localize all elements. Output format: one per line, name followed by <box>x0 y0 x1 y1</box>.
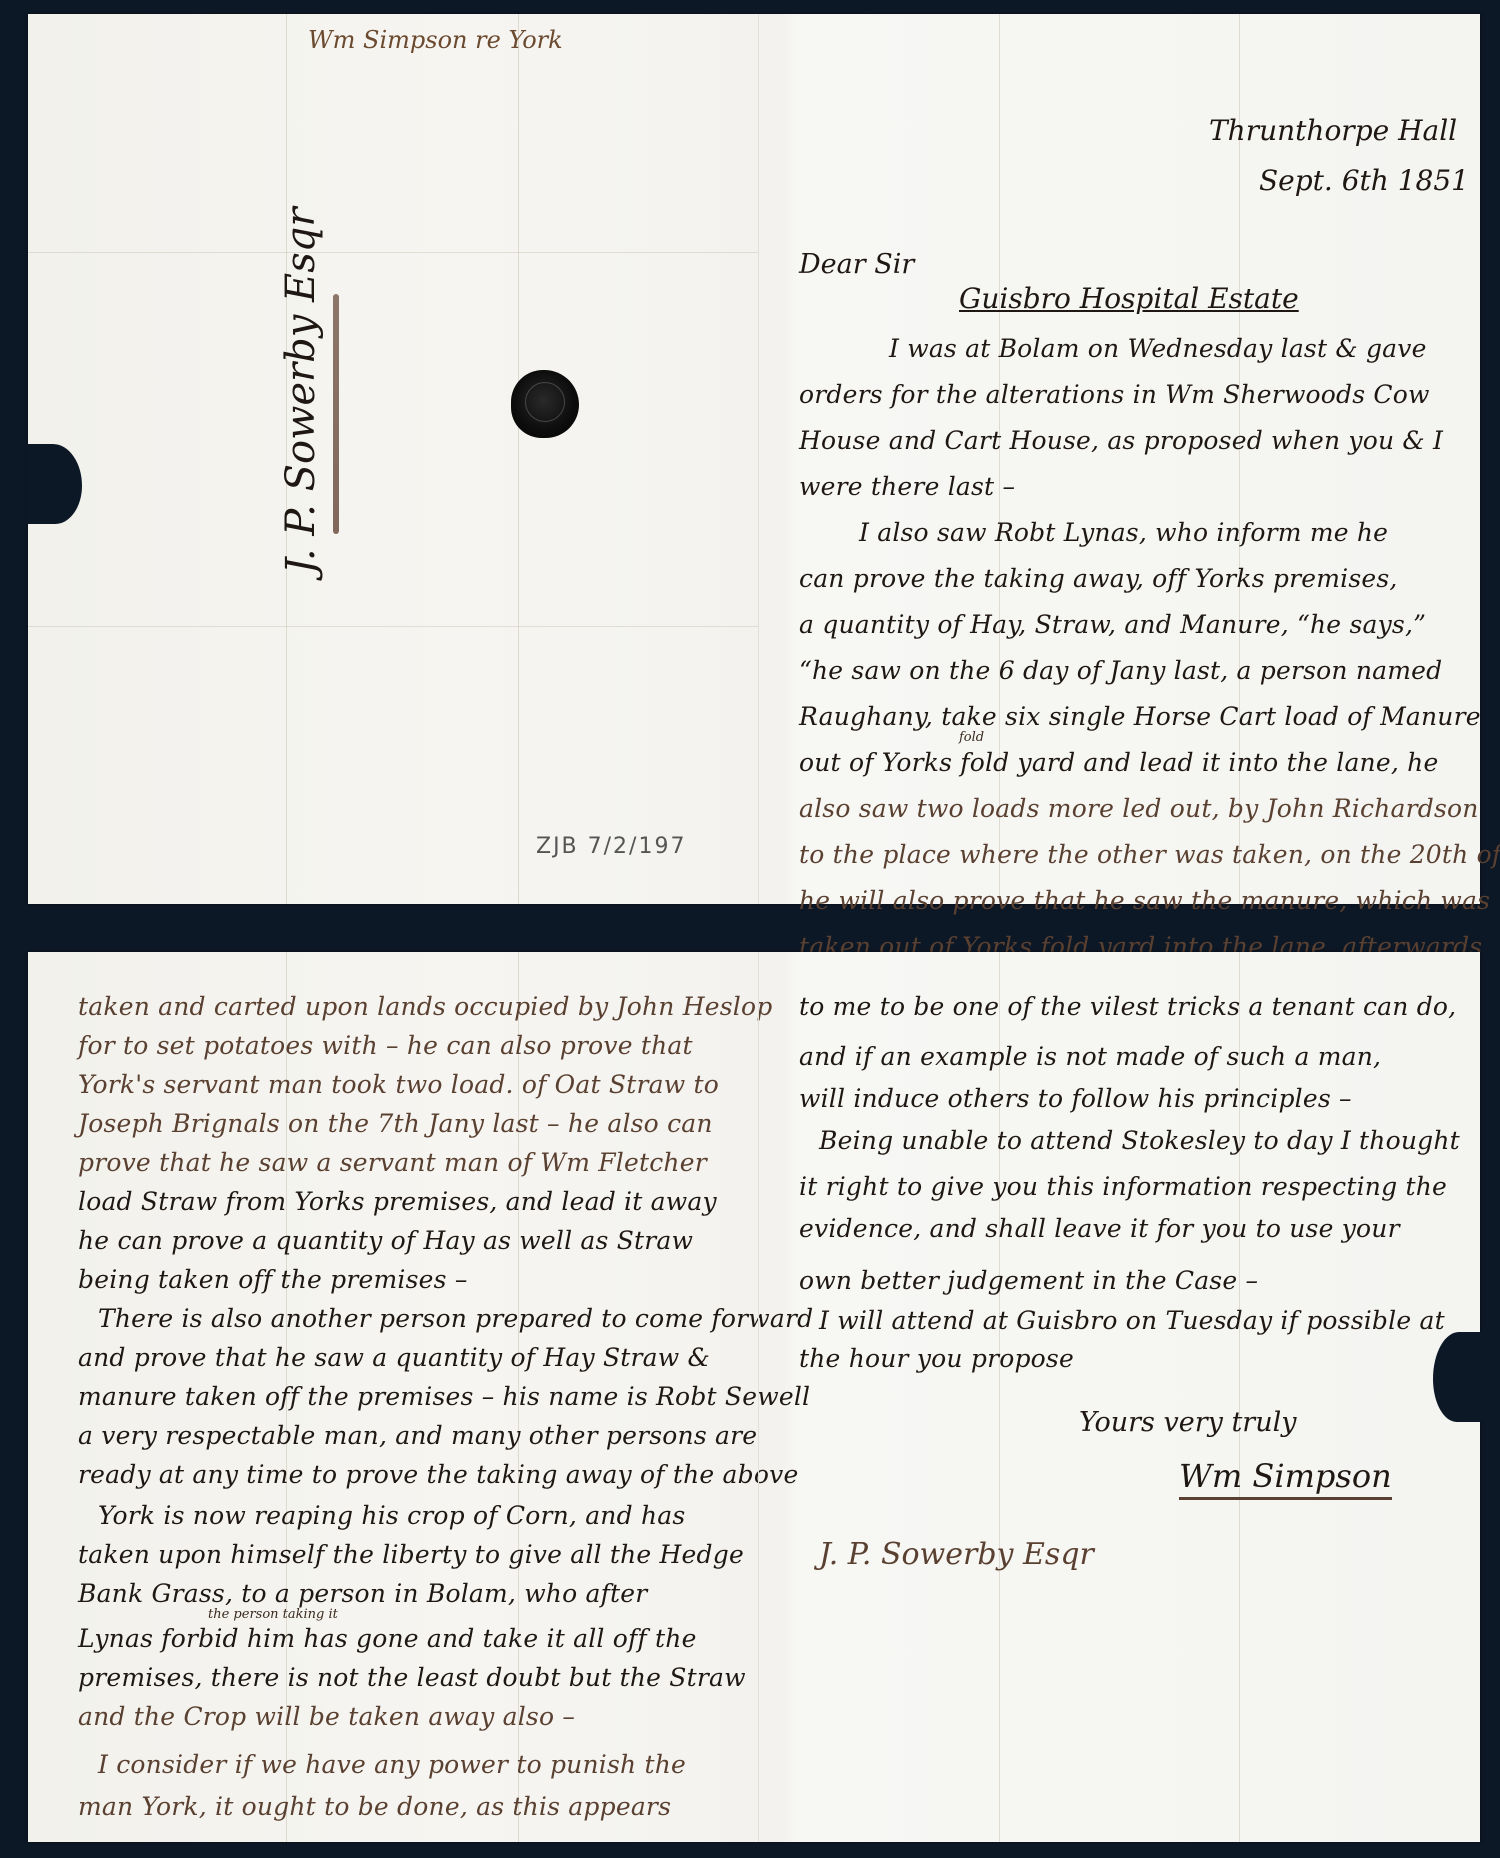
text-line: own better judgement in the Case – <box>799 1266 1258 1295</box>
text-line: the hour you propose <box>799 1344 1074 1373</box>
text-line: premises, there is not the least doubt b… <box>78 1663 746 1692</box>
text-line: orders for the alterations in Wm Sherwoo… <box>799 380 1430 409</box>
text-line: taken and carted upon lands occupied by … <box>78 992 772 1021</box>
text-line: can prove the taking away, off Yorks pre… <box>799 564 1398 593</box>
signature: Wm Simpson <box>1179 1457 1392 1500</box>
text-line: and the Crop will be taken away also – <box>78 1702 575 1731</box>
text-line: he can prove a quantity of Hay as well a… <box>78 1226 693 1255</box>
closing: Yours very truly <box>1079 1407 1296 1438</box>
paper-tear <box>1433 1332 1483 1422</box>
text-line: Raughany, take six single Horse Cart loa… <box>799 702 1481 731</box>
paper-tear <box>26 444 82 524</box>
text-line: manure taken off the premises – his name… <box>78 1382 810 1411</box>
text-line: prove that he saw a servant man of Wm Fl… <box>78 1148 707 1177</box>
text-line: it right to give you this information re… <box>799 1172 1447 1201</box>
text-line: There is also another person prepared to… <box>98 1304 813 1333</box>
docket-note: Wm Simpson re York <box>308 26 563 54</box>
letter-page-3: to me to be one of the vilest tricks a t… <box>758 952 1481 1842</box>
letter-date: Sept. 6th 1851 <box>1259 164 1469 197</box>
text-line: House and Cart House, as proposed when y… <box>799 426 1443 455</box>
text-line: also saw two loads more led out, by John… <box>799 794 1479 823</box>
letter-page-1: Thrunthorpe Hall Sept. 6th 1851 Dear Sir… <box>758 14 1481 904</box>
text-line: a quantity of Hay, Straw, and Manure, “h… <box>799 610 1426 639</box>
text-line: evidence, and shall leave it for you to … <box>799 1214 1400 1243</box>
addressee: J. P. Sowerby Esqr <box>819 1537 1094 1572</box>
text-line: load Straw from Yorks premises, and lead… <box>78 1187 717 1216</box>
outer-leaf: Wm Simpson re York J. P. Sowerby Esqr ZJ… <box>28 14 758 904</box>
text-line: being taken off the premises – <box>78 1265 468 1294</box>
text-line: he will also prove that he saw the manur… <box>799 886 1490 915</box>
text-line: for to set potatoes with – he can also p… <box>78 1031 693 1060</box>
archive-reference: ZJB 7/2/197 <box>536 834 686 859</box>
text-line: a very respectable man, and many other p… <box>78 1421 757 1450</box>
subject-heading: Guisbro Hospital Estate <box>959 282 1299 315</box>
text-line: “he saw on the 6 day of Jany last, a per… <box>799 656 1442 685</box>
subject-text: Guisbro Hospital Estate <box>959 282 1299 315</box>
text-line: taken upon himself the liberty to give a… <box>78 1540 744 1569</box>
letter-place: Thrunthorpe Hall <box>1209 114 1457 147</box>
text-line: will induce others to follow his princip… <box>799 1084 1352 1113</box>
text-line: I also saw Robt Lynas, who inform me he <box>859 518 1388 547</box>
text-line: man York, it ought to be done, as this a… <box>78 1792 671 1821</box>
text-line: to the place where the other was taken, … <box>799 840 1500 869</box>
text-line: ready at any time to prove the taking aw… <box>78 1460 798 1489</box>
text-line: Joseph Brignals on the 7th Jany last – h… <box>78 1109 713 1138</box>
text-line: I consider if we have any power to punis… <box>98 1750 686 1779</box>
bottom-sheet: taken and carted upon lands occupied by … <box>28 952 1480 1842</box>
text-line: York's servant man took two load. of Oat… <box>78 1070 719 1099</box>
text-line: to me to be one of the vilest tricks a t… <box>799 992 1456 1021</box>
salutation: Dear Sir <box>799 249 914 280</box>
fold-line <box>28 252 758 253</box>
text-line: and prove that he saw a quantity of Hay … <box>78 1343 710 1372</box>
letter-page-2: taken and carted upon lands occupied by … <box>28 952 758 1842</box>
outer-address: J. P. Sowerby Esqr <box>278 208 324 574</box>
interlinear-insertion: the person taking it <box>208 1607 338 1622</box>
text-line: Being unable to attend Stokesley to day … <box>819 1126 1460 1155</box>
text-line: and if an example is not made of such a … <box>799 1042 1381 1071</box>
text-line: I will attend at Guisbro on Tuesday if p… <box>819 1306 1445 1335</box>
wax-seal-icon <box>511 370 579 438</box>
text-line: were there last – <box>799 472 1015 501</box>
interlinear-insertion: fold <box>959 730 984 745</box>
fold-line <box>28 626 758 627</box>
text-line: Bank Grass, to a person in Bolam, who af… <box>78 1579 647 1608</box>
text-line: Lynas forbid him has gone and take it al… <box>78 1624 697 1653</box>
text-line: I was at Bolam on Wednesday last & gave <box>889 334 1427 363</box>
text-line: York is now reaping his crop of Corn, an… <box>98 1501 685 1530</box>
text-line: out of Yorks fold yard and lead it into … <box>799 748 1438 777</box>
fold-line <box>518 14 519 904</box>
top-sheet: Wm Simpson re York J. P. Sowerby Esqr ZJ… <box>28 14 1480 904</box>
address-flourish <box>333 294 339 534</box>
